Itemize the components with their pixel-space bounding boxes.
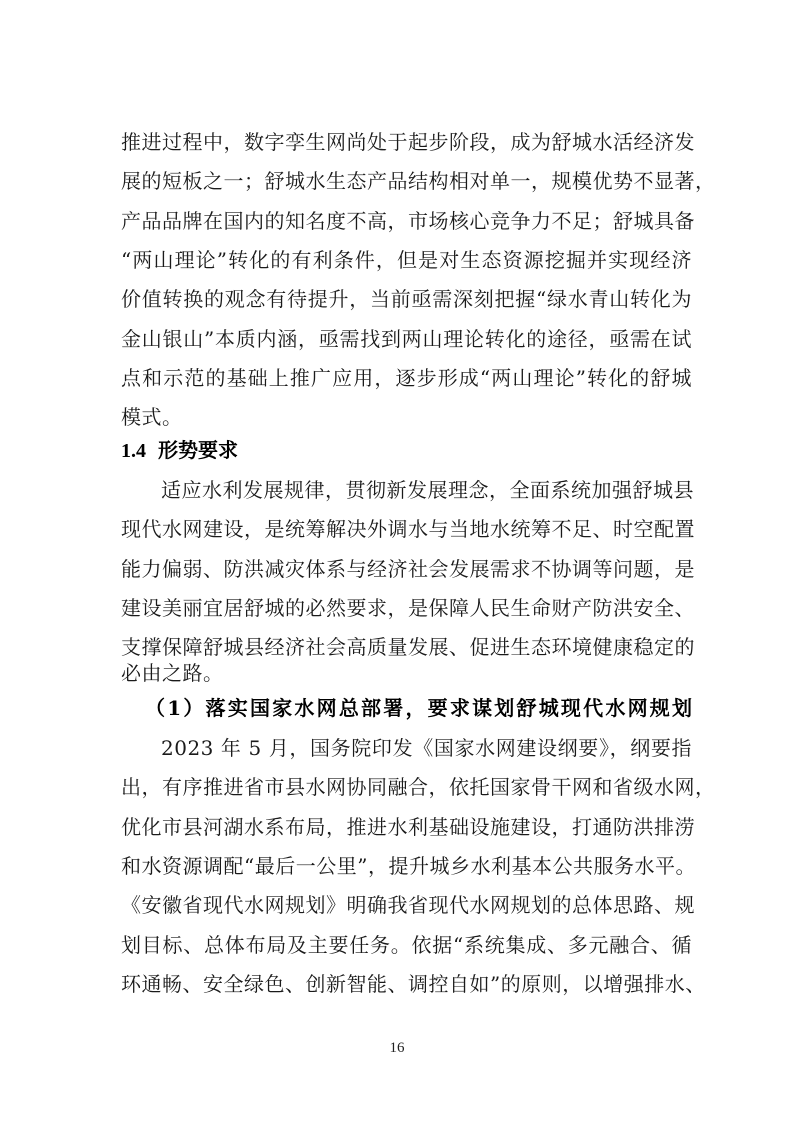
text-line: 适应水利发展规律，贯彻新发展理念，全面系统加强舒城县 — [161, 477, 692, 503]
text-line: 价值转换的观念有待提升，当前亟需深刻把握“绿水青山转化为 — [121, 286, 692, 312]
text-line: 推进过程中，数字孪生网尚处于起步阶段，成为舒城水活经济发 — [121, 129, 692, 155]
document-page: 推进过程中，数字孪生网尚处于起步阶段，成为舒城水活经济发 展的短板之一；舒城水生… — [0, 0, 794, 1122]
text-line: 环通畅、安全绿色、创新智能、调控自如”的原则，以增强排水、 — [121, 971, 692, 997]
text-line: 模式。 — [121, 404, 692, 430]
text-line: 《安徽省现代水网规划》明确我省现代水网规划的总体思路、规 — [121, 892, 692, 918]
section-number: 1.4 — [121, 440, 146, 462]
text-line: 点和示范的基础上推广应用，逐步形成“两山理论”转化的舒城 — [121, 365, 692, 391]
page-number: 16 — [0, 1040, 794, 1057]
text-line: 划目标、总体布局及主要任务。依据“系统集成、多元融合、循 — [121, 932, 692, 958]
text-line: 产品品牌在国内的知名度不高，市场核心竞争力不足；舒城具备 — [121, 208, 692, 234]
text-line: 展的短板之一；舒城水生态产品结构相对单一，规模优势不显著， — [121, 168, 692, 194]
text-line: 出，有序推进省市县水网协同融合，依托国家骨干网和省级水网， — [121, 774, 692, 800]
text-line: 优化市县河湖水系布局，推进水利基础设施建设，打通防洪排涝 — [121, 814, 692, 840]
text-line: 现代水网建设，是统筹解决外调水与当地水统筹不足、时空配置 — [121, 516, 692, 542]
section-heading: 1.4形势要求 — [121, 437, 238, 464]
text-line: 和水资源调配“最后一公里”，提升城乡水利基本公共服务水平。 — [121, 853, 692, 879]
text-line: 建设美丽宜居舒城的必然要求，是保障人民生命财产防洪安全、 — [121, 595, 692, 621]
section-title: 形势要求 — [158, 438, 238, 462]
subsection-heading: （1）落实国家水网总部署，要求谋划舒城现代水网规划 — [145, 695, 692, 721]
text-line: 必由之路。 — [121, 660, 692, 686]
text-line: “两山理论”转化的有利条件，但是对生态资源挖掘并实现经济 — [121, 247, 692, 273]
text-line: 支撑保障舒城县经济社会高质量发展、促进生态环境健康稳定的 — [121, 634, 692, 660]
text-line: 能力偏弱、防洪减灾体系与经济社会发展需求不协调等问题，是 — [121, 556, 692, 582]
text-line: 2023 年 5 月，国务院印发《国家水网建设纲要》，纲要指 — [161, 735, 692, 761]
text-line: 金山银山”本质内涵，亟需找到两山理论转化的途径，亟需在试 — [121, 326, 692, 352]
